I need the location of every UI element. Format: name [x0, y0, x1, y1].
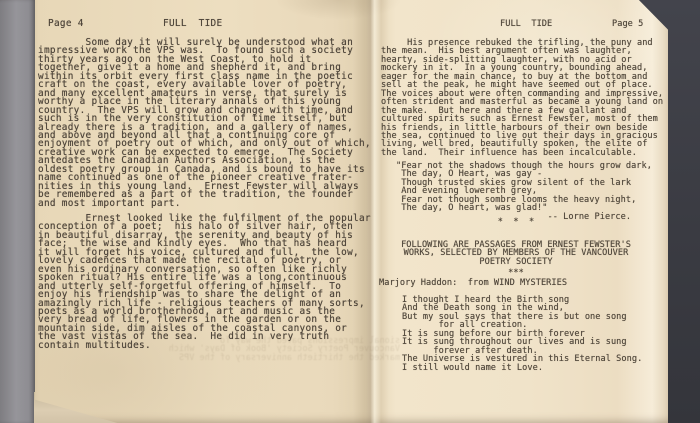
page-spread: Page 4 FULL TIDE Some day it will surely… [35, 0, 668, 423]
contributor-line: Marjory Haddon: from WIND MYSTERIES [379, 279, 567, 287]
section-heading: FOLLOWING ARE PASSAGES FROM ERNEST FEWST… [380, 241, 652, 266]
right-paragraph-1: His presence rebuked the trifling, the p… [381, 39, 663, 157]
page-number-right: Page 5 [612, 20, 643, 28]
asterisk-separator: * * * [380, 218, 652, 226]
poem-excerpt: I thought I heard the Birth song And the… [402, 296, 642, 372]
left-paragraph-2: Ernest looked like the fulfilment of the… [38, 215, 371, 350]
asterisk-separator-2: *** [380, 269, 652, 277]
left-paragraph-1: Some day it will surely be understood wh… [38, 39, 371, 208]
page-title-right: FULL TIDE [500, 20, 552, 28]
page-number-left: Page 4 [48, 20, 84, 28]
ink-bleedthrough-text: sional impressions paved the way fo Vanc… [185, 336, 400, 361]
scanner-margin-left [0, 0, 36, 423]
page-title-left: FULL TIDE [163, 20, 222, 28]
verse-quote: "Fear not the shadows though the hours g… [396, 162, 652, 221]
